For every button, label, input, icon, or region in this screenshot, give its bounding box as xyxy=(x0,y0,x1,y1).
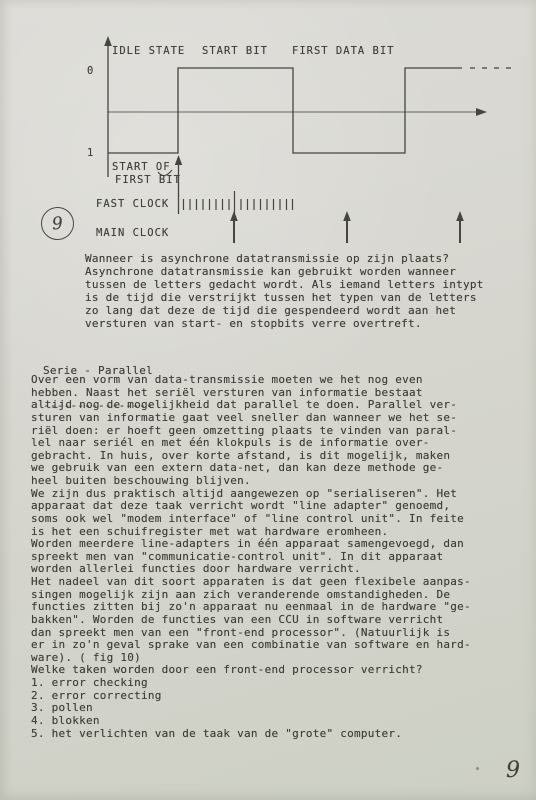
text-line: is de tijd die verstrijkt tussen het typ… xyxy=(85,291,484,304)
text-line: soms ook wel "modem interface" of "line … xyxy=(31,513,471,526)
label-main-clock: MAIN CLOCK xyxy=(96,228,169,239)
text-line: functies zitten bij zo'n apparaat nu een… xyxy=(31,601,471,614)
text-line: lel naar seriél en met één klokpuls is d… xyxy=(31,437,471,450)
main-clock-arrowhead xyxy=(230,211,238,221)
text-line: Wanneer is asynchrone datatransmissie op… xyxy=(85,252,484,265)
text-line: heel buiten beschouwing blijven. xyxy=(31,475,471,488)
label-level-0: 0 xyxy=(87,66,94,77)
text-line: apparaat dat deze taak verricht wordt "l… xyxy=(31,500,471,513)
text-line: 5. het verlichten van de taak van de "gr… xyxy=(31,728,471,741)
text-line: sturen van informatie gaat veel sneller … xyxy=(31,412,471,425)
label-level-1: 1 xyxy=(87,148,94,159)
figure-number: 9 xyxy=(51,213,64,234)
timing-diagram-graphic xyxy=(0,0,536,260)
text-line: zo lang dat deze de tijd die gespendeerd… xyxy=(85,304,484,317)
text-line: 2. error correcting xyxy=(31,690,471,703)
intro-paragraph: Wanneer is asynchrone datatransmissie op… xyxy=(85,252,484,330)
text-line: 1. error checking xyxy=(31,677,471,690)
label-first-bit: FIRST BIT xyxy=(115,175,181,186)
scan-speck xyxy=(476,767,479,770)
signal-waveform xyxy=(108,68,462,153)
page-number: 9 xyxy=(506,758,520,783)
text-line: er in zo'n geval sprake van een combinat… xyxy=(31,639,471,652)
text-line: altijd nog de mogelijkheid dat parallel … xyxy=(31,399,471,412)
x-axis-arrowhead xyxy=(476,108,487,116)
label-idle-state: IDLE STATE xyxy=(112,46,185,57)
text-line: bakken". Worden de functies van een CCU … xyxy=(31,614,471,627)
start-arrowhead xyxy=(175,155,182,165)
scanned-page: IDLE STATE START BIT FIRST DATA BIT 0 1 … xyxy=(0,0,536,800)
label-fast-clock: FAST CLOCK xyxy=(96,199,169,210)
label-start-of: START OF xyxy=(112,162,171,173)
text-line: 3. pollen xyxy=(31,702,471,715)
text-line: Asynchrone datatransmissie kan gebruikt … xyxy=(85,265,484,278)
text-line: Het nadeel van dit soort apparaten is da… xyxy=(31,576,471,589)
fast-clock-ticks xyxy=(184,191,293,214)
body-text: Over een vorm van data-transmissie moete… xyxy=(31,374,471,740)
label-first-data-bit: FIRST DATA BIT xyxy=(292,46,395,57)
text-line: Worden meerdere line-adapters in één app… xyxy=(31,538,471,551)
text-line: 4. blokken xyxy=(31,715,471,728)
y-axis-arrowhead xyxy=(104,36,112,46)
main-clock-arrowhead xyxy=(456,211,464,221)
text-line: versturen van start- en stopbits verre o… xyxy=(85,317,484,330)
main-clock-arrowhead xyxy=(343,211,351,221)
text-line: tussen de letters gedacht wordt. Als iem… xyxy=(85,278,484,291)
label-start-bit: START BIT xyxy=(202,46,268,57)
text-line: Over een vorm van data-transmissie moete… xyxy=(31,374,471,387)
